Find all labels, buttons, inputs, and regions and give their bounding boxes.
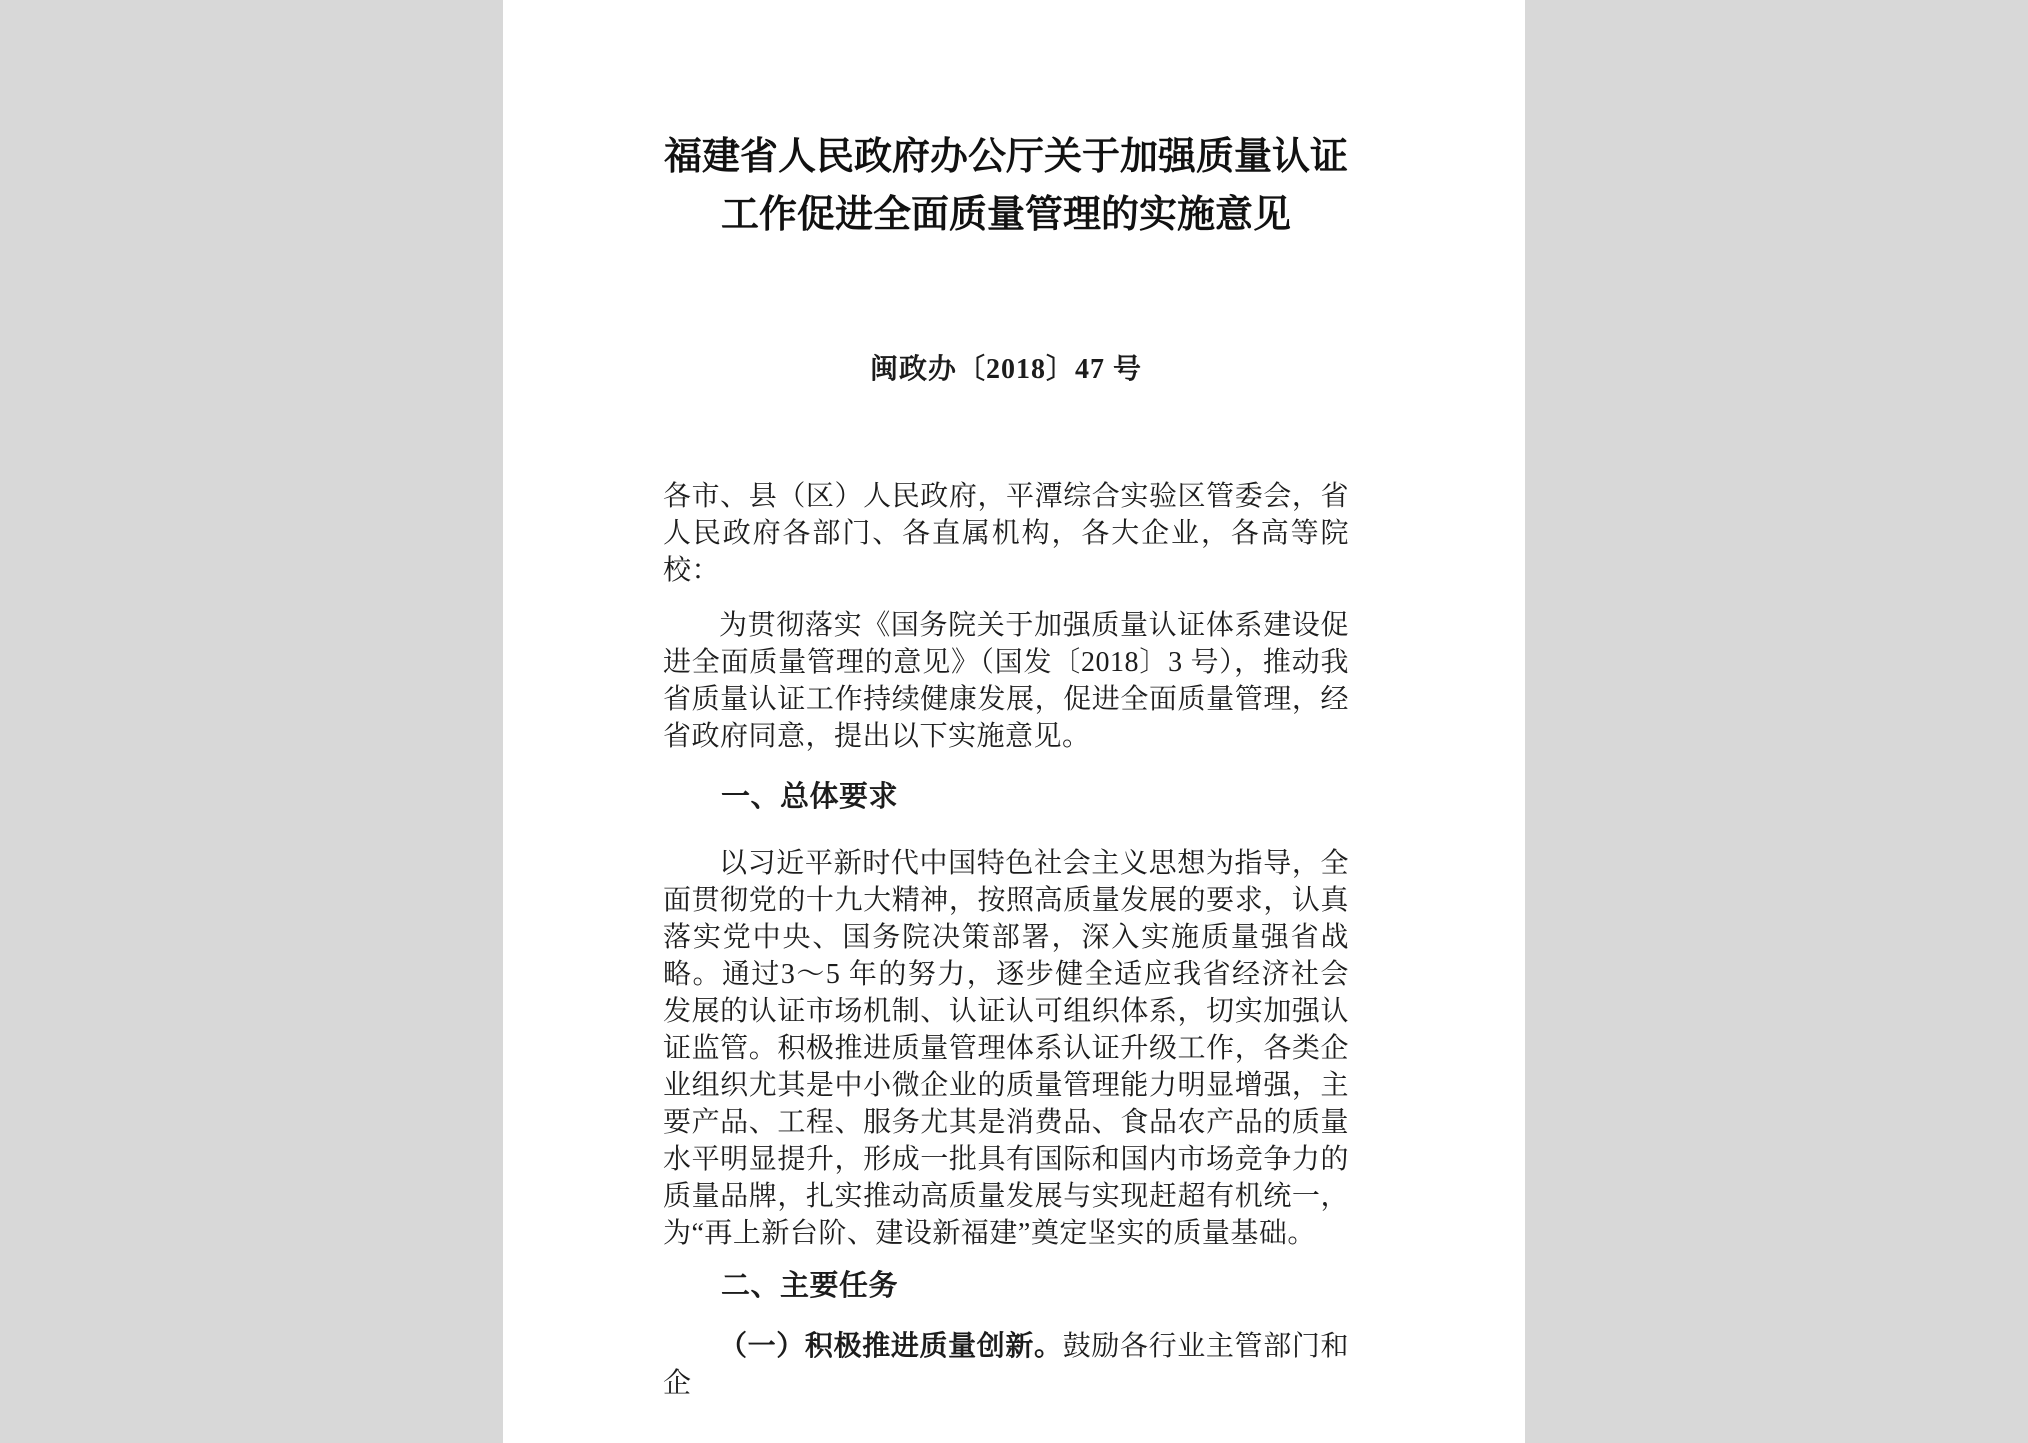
section-2-item-1-lead: （一）积极推进质量创新。 xyxy=(719,1331,1063,1362)
intro-paragraph: 为贯彻落实《国务院关于加强质量认证体系建设促进全面质量管理的意见》（国发〔201… xyxy=(663,607,1349,755)
document-title-line2: 工作促进全面质量管理的实施意见 xyxy=(663,186,1349,244)
section-2-heading: 二、主要任务 xyxy=(663,1266,1349,1306)
document-number: 闽政办〔2018〕47 号 xyxy=(663,354,1349,386)
section-2-item-1: （一）积极推进质量创新。鼓励各行业主管部门和企 xyxy=(663,1328,1349,1402)
section-1-heading: 一、总体要求 xyxy=(663,777,1349,817)
document-title-line1: 福建省人民政府办公厅关于加强质量认证 xyxy=(663,128,1349,186)
section-1-body: 以习近平新时代中国特色社会主义思想为指导，全面贯彻党的十九大精神，按照高质量发展… xyxy=(663,845,1349,1252)
document-title: 福建省人民政府办公厅关于加强质量认证 工作促进全面质量管理的实施意见 xyxy=(663,128,1349,244)
document-body: 各市、县（区）人民政府，平潭综合实验区管委会，省人民政府各部门、各直属机构，各大… xyxy=(663,478,1349,1402)
salutation-paragraph: 各市、县（区）人民政府，平潭综合实验区管委会，省人民政府各部门、各直属机构，各大… xyxy=(663,478,1349,589)
document-content: 福建省人民政府办公厅关于加强质量认证 工作促进全面质量管理的实施意见 闽政办〔2… xyxy=(663,128,1349,1402)
document-page: 福建省人民政府办公厅关于加强质量认证 工作促进全面质量管理的实施意见 闽政办〔2… xyxy=(503,0,1525,1443)
viewer-background: 福建省人民政府办公厅关于加强质量认证 工作促进全面质量管理的实施意见 闽政办〔2… xyxy=(0,0,2028,1443)
